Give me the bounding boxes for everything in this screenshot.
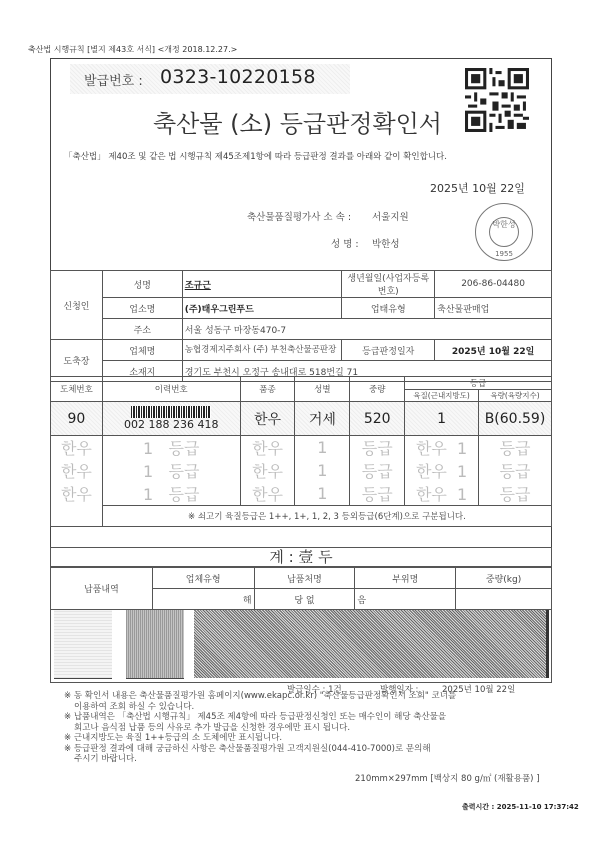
evaluator-org-value: 서울지원 — [372, 209, 409, 223]
address-value: 서울 성동구 마장동470-7 — [182, 319, 551, 340]
watermark-row: 한우 1 등급 한우 1 등급 한우 1 등급 — [51, 436, 552, 460]
grade-table: 도체번호 이력번호 품종 성별 중량 등급 육질(근내지방도) 육량(육량지수)… — [50, 376, 552, 527]
watermark-text: 1 — [295, 459, 350, 482]
evaluator-org-label: 축산물품질평가사 소 속 : — [247, 209, 351, 223]
delivery-section-label: 납품내역 — [51, 568, 153, 610]
grade-note: ※ 쇠고기 육질등급은 1++, 1+, 1, 2, 3 등외등급(6단계)으로… — [102, 506, 551, 527]
delivery-header-type: 업체유형 — [152, 568, 254, 589]
watermark-text: 한우 1 — [405, 482, 479, 506]
paper-spec: 210mm×297mm [백상지 80 g/㎡ (재활용품) ] — [355, 772, 540, 784]
issue-date: 2025년 10월 22일 — [430, 180, 525, 196]
watermark-text: 한우 — [240, 482, 295, 506]
footnote: ※ 납품내역은 「축산법 시행규칙」 제45조 제4항에 따라 등급판정신청인 … — [64, 712, 456, 723]
header-quality: 육질(근내지방도) — [405, 390, 479, 402]
note-spacer — [51, 506, 103, 527]
quality-grade: 1 — [405, 402, 479, 436]
applicant-section-label: 신청인 — [51, 271, 103, 340]
header-trace-no: 이력번호 — [102, 377, 240, 402]
footnote: 주시기 바랍니다. — [64, 754, 456, 765]
footnote: ※ 등급판정 결과에 대해 궁금하신 사항은 축산물품질평가원 고객지원실(04… — [64, 744, 456, 755]
watermark-text: 1 — [295, 482, 350, 506]
watermark-text: 1 등급 — [102, 459, 240, 482]
total-count: 계 : 壹 두 — [50, 547, 552, 567]
evaluator-name-label: 성 명 : — [331, 236, 359, 250]
watermark-text: 한우 — [240, 459, 295, 482]
watermark-text: 한우 — [240, 436, 295, 460]
watermark-text: 등급 — [350, 459, 405, 482]
watermark-text: 한우 1 — [405, 459, 479, 482]
applicant-name-label: 성명 — [102, 271, 182, 298]
footnote: ※ 근내지방도는 육질 1++등급의 소 도체에만 표시됩니다. — [64, 733, 456, 744]
header-sex: 성별 — [295, 377, 350, 402]
footnote: 회고나 음식점 납품 등의 사유로 추가 발급을 신청한 경우에만 표시 됩니다… — [64, 723, 456, 734]
seal-year: 1955 — [476, 250, 532, 258]
biztype-label: 업태유형 — [342, 298, 435, 319]
slaughter-no: 90 — [51, 402, 103, 436]
watermark-text: 등급 — [479, 482, 552, 506]
header-grade: 등급 — [405, 377, 552, 390]
watermark-text: 1 등급 — [102, 436, 240, 460]
footnotes: ※ 동 확인서 내용은 축산물품질평가원 홈페이지(www.ekapc.or.k… — [64, 691, 456, 765]
watermark-text: 등급 — [350, 436, 405, 460]
security-pattern-light — [54, 610, 112, 679]
watermark-text: 한우 — [51, 482, 103, 506]
security-pattern-dark — [126, 610, 184, 679]
watermark-text: 한우 1 — [405, 436, 479, 460]
watermark-text: 한우 — [51, 459, 103, 482]
header-yield: 육량(육량지수) — [479, 390, 552, 402]
issue-number-label: 발급번호 : — [84, 70, 143, 89]
seal-name: 박한성 — [489, 217, 519, 247]
barcode-icon — [131, 406, 211, 418]
qr-code-icon[interactable] — [465, 68, 529, 132]
footnote: ※ 동 확인서 내용은 축산물품질평가원 홈페이지(www.ekapc.or.k… — [64, 691, 456, 702]
table-row: 90 002 188 236 418 한우 거세 520 1 B(60.59) — [51, 402, 552, 436]
company-value: (주)태우그린푸드 — [182, 298, 342, 319]
issue-number: 0323-10220158 — [160, 66, 316, 88]
grading-date-value: 2025년 10월 22일 — [435, 340, 552, 361]
sex: 거세 — [295, 402, 350, 436]
weight: 520 — [350, 402, 405, 436]
trace-no-cell: 002 188 236 418 — [102, 402, 240, 436]
bizno-label: 생년월일(사업자등록번호) — [342, 271, 435, 298]
watermark-text: 1 등급 — [102, 482, 240, 506]
header-weight: 중량 — [350, 377, 405, 402]
footnote: 이용하여 조회 하실 수 있습니다. — [64, 702, 456, 713]
grading-date-label: 등급판정일자 — [342, 340, 435, 361]
delivery-table: 납품내역 업체유형 납품처명 부위명 중량(kg) 해 당 없 음 — [50, 567, 552, 610]
header-breed: 품종 — [240, 377, 295, 402]
watermark-text: 등급 — [479, 459, 552, 482]
delivery-header-recipient: 납품처명 — [254, 568, 355, 589]
watermark-row: 한우 1 등급 한우 1 등급 한우 1 등급 — [51, 459, 552, 482]
watermark-text: 등급 — [350, 482, 405, 506]
watermark-text: 한우 — [51, 436, 103, 460]
delivery-header-part: 부위명 — [355, 568, 456, 589]
evaluator-name-value: 박한성 — [372, 236, 400, 250]
company-label: 업소명 — [102, 298, 182, 319]
header-slaughter-no: 도체번호 — [51, 377, 103, 402]
biztype-value: 축산물판매업 — [435, 298, 552, 319]
official-seal: 박한성 1955 — [475, 203, 533, 261]
trace-no: 002 188 236 418 — [124, 418, 218, 431]
printed-time: 출력시간 : 2025-11-10 17:37:42 — [462, 802, 579, 812]
yield-grade: B(60.59) — [479, 402, 552, 436]
delivery-header-weight: 중량(kg) — [456, 568, 552, 589]
watermark-text: 1 — [295, 436, 350, 460]
confirmation-statement: 「축산법」 제40조 및 같은 법 시행규칙 제45조제1항에 따라 등급판정 … — [64, 150, 447, 162]
slaughterhouse-name-label: 업체명 — [102, 340, 182, 361]
slaughterhouse-name-value: 농협경제지주회사 (주) 부천축산물공판장 — [182, 340, 342, 361]
breed: 한우 — [240, 402, 295, 436]
form-reference: 축산법 시행규칙 [별지 제43호 서식] <개정 2018.12.27.> — [28, 44, 237, 55]
security-pattern-noise — [194, 610, 549, 678]
applicant-table: 신청인 성명 조규근 생년월일(사업자등록번호) 206-86-04480 업소… — [50, 270, 552, 382]
applicant-name-value: 조규근 — [182, 271, 342, 298]
watermark-row: 한우 1 등급 한우 1 등급 한우 1 등급 — [51, 482, 552, 506]
address-label: 주소 — [102, 319, 182, 340]
watermark-text: 등급 — [479, 436, 552, 460]
bizno-value: 206-86-04480 — [435, 271, 552, 298]
